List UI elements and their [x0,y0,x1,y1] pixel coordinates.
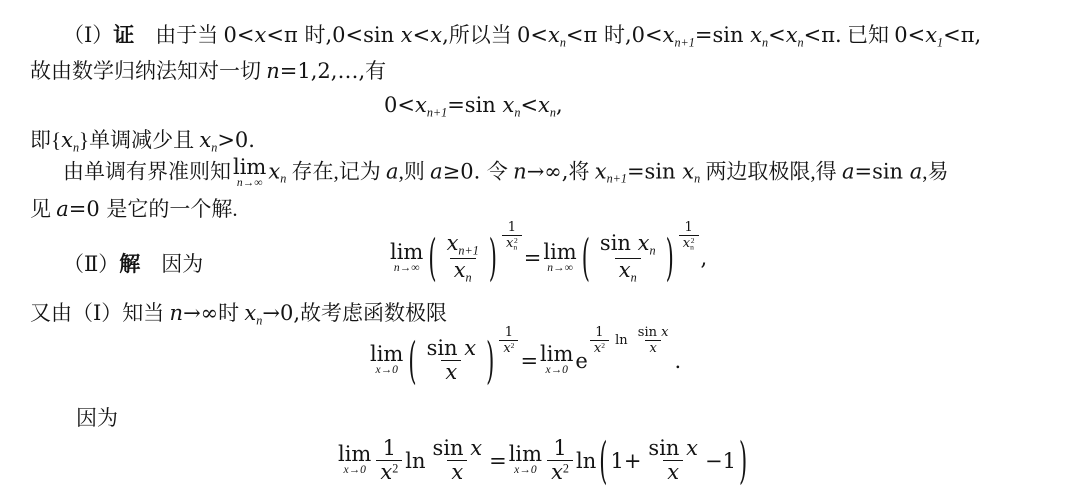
numerator: 1 [504,220,520,235]
math-variable: x [244,301,256,325]
math-roman: sin [427,336,465,360]
cn-text: }单调减少且 [79,128,199,152]
subscript: n+1 [427,105,447,119]
numerator: sin x [429,437,487,460]
math-variable: n [513,159,527,183]
superscript-digit: 2 [392,461,398,475]
math-roman: = [520,349,538,373]
math-variable: x [470,436,482,460]
math-variable: a [910,159,923,183]
denominator: xn [450,258,476,285]
lim-word: lim [543,243,576,263]
math-variable: x [268,159,280,183]
math-roman: =0 [69,197,107,221]
big-paren: ( [408,332,416,389]
cn-text: ,易 [922,159,948,183]
math-variable: x [649,341,656,356]
big-paren: ) [739,432,747,489]
math-variable: x [380,460,392,484]
fraction: sin xx [429,437,487,484]
cn-text: 故由数学归纳法知对一切 [30,59,266,83]
math-roman: < [413,23,431,47]
math-roman: 1+ [610,449,641,473]
math-variable: x [464,336,476,360]
lim-under: x→0 [514,465,536,476]
fraction: 1x2 [590,325,609,357]
cn-text: 时 [304,23,325,47]
limit-operator: limx→0 [338,445,371,476]
superscript-digit: 2 [511,341,515,350]
math-roman: sin [648,436,686,460]
lim-under: x→0 [546,365,568,376]
math-variable: x [454,258,466,282]
math-variable: x [445,360,457,384]
math-roman: =1,2,…, [280,59,365,83]
limit-operator: limn→∞ [233,158,266,189]
math-roman: ,0<sin [325,23,400,47]
superscript-digit: 2 [601,341,605,350]
display-formula-a: 0<xn+1=sin xn<xn, [384,92,563,121]
math-variable: x [925,23,937,47]
superscript-digit: 2 [691,236,695,245]
math-variable: x [638,231,650,255]
cn-text: （Ⅰ） [63,23,113,47]
text-line-proof-1: （Ⅰ）证 由于当 0<x<π 时,0<sin x<x,所以当 0<xn<π 时,… [63,22,981,51]
limit-operator: limx→0 [370,345,403,376]
lim-word: lim [390,243,423,263]
math-variable: x [686,436,698,460]
text-line-proof-2: 故由数学归纳法知对一切 n=1,2,…,有 [30,58,386,85]
numerator: sin xn [596,232,660,258]
math-variable: x [430,23,442,47]
math-variable: x [548,23,560,47]
cn-text: （Ⅱ） [63,252,119,276]
math-variable: a [842,159,855,183]
text-line-consider-limit: 又由（Ⅰ）知当 n→∞时 xn→0,故考虑函数极限 [30,300,447,329]
math-roman: 0< [224,23,255,47]
cn-text-bold: 证 [113,23,134,47]
math-variable: x [750,23,762,47]
math-variable: a [430,159,443,183]
math-roman: e [575,349,587,373]
numerator: sin x [644,437,702,460]
math-roman: 1 [508,220,516,235]
math-roman: <π, [943,23,981,47]
math-variable: x [682,159,694,183]
math-roman: ln [576,449,596,473]
cn-text: 由单调有界准则知 [63,159,231,183]
math-roman: 0< [384,93,415,117]
subscript: n [631,270,637,284]
fraction: 1x2 [547,437,573,484]
math-roman: . [675,349,682,373]
fraction: xn+1xn [443,232,483,284]
display-formula-b: limn→∞(xn+1xn)1xn2=limn→∞(sin xnxn)1xn2, [388,232,707,284]
numerator: 1 [681,220,697,235]
fraction: sin xx [644,437,702,484]
math-roman: <π [566,23,604,47]
math-variable: x [595,159,607,183]
numerator: 1 [591,325,607,340]
numerator: xn+1 [443,232,483,258]
limit-operator: limx→0 [540,345,573,376]
subscript: n [466,270,472,284]
fraction: 1x2 [376,437,402,484]
math-variable: x [663,23,675,47]
display-formula-c: limx→0(sin xx)1x2=limx→0e1x2 ln sin xx. [368,337,681,384]
cn-text: 见 [30,197,56,221]
superscript: 1x2 [497,325,520,357]
math-roman: = [524,246,542,270]
math-roman: −1 [705,449,736,473]
text-line-because: 因为 [76,405,118,432]
big-paren: ) [486,332,494,389]
math-variable: x [401,23,413,47]
cn-text: 因为 [76,406,118,430]
numerator: sin x [634,325,673,340]
math-roman: =sin [447,93,502,117]
denominator: x [441,360,461,384]
math-roman: sin [433,436,471,460]
text-line-limit-exists: 由单调有界准则知limn→∞xn 存在,记为 a,则 a≥0. 令 n→∞,将 … [63,158,949,189]
lim-word: lim [509,445,542,465]
math-variable: x [538,93,550,117]
denominator: x [447,460,467,484]
math-variable: x [786,23,798,47]
math-roman: ,0< [625,23,663,47]
math-roman: sin [638,325,661,340]
math-variable: x [255,23,267,47]
numerator: sin x [423,337,481,360]
subscript: n [649,243,655,257]
subscript: n+1 [607,172,627,186]
text-line-monotone: 即{xn}单调减少且 xn>0. [30,127,255,156]
denominator: xn [615,258,641,285]
lim-word: lim [370,345,403,365]
cn-text: 存在,记为 [286,159,386,183]
math-roman: = [489,449,507,473]
math-roman: 0< [517,23,548,47]
math-roman: ≥0. [443,159,487,183]
math-roman: <π [266,23,304,47]
cn-text: 将 [568,159,594,183]
math-variable: a [56,197,69,221]
math-roman: sin [600,231,638,255]
math-variable: a [386,159,399,183]
big-paren: ( [428,230,436,287]
limit-operator: limn→∞ [390,243,423,274]
math-variable: x [503,341,510,356]
text-line-solution-a0: 见 a=0 是它的一个解. [30,196,238,223]
cn-text: 是它的一个解. [106,197,237,221]
subscript: n+1 [674,35,694,49]
math-roman: , [556,93,563,117]
math-variable: x [503,93,515,117]
math-variable: x [451,460,463,484]
denominator: xn2 [679,235,699,252]
superscript-digit: 2 [563,461,569,475]
math-roman: < [520,93,538,117]
document-page: （Ⅰ）证 由于当 0<x<π 时,0<sin x<x,所以当 0<xn<π 时,… [0,0,1080,504]
math-roman: <π. [804,23,842,47]
limit-operator: limn→∞ [543,243,576,274]
denominator: xn2 [502,235,522,252]
fraction: 1xn2 [502,220,522,252]
cn-text-bold: 解 [119,252,140,276]
lim-under: n→∞ [547,263,573,274]
display-formula-d: limx→01x2ln sin xx=limx→01x2ln(1+sin xx−… [336,437,750,484]
math-roman: →0, [262,301,300,325]
math-variable: x [415,93,427,117]
lim-under: x→0 [375,365,397,376]
fraction: sin xx [634,325,673,357]
math-roman: 1 [685,220,693,235]
cn-text: 时 [218,301,244,325]
big-paren: ( [582,230,590,287]
text-line-part2-label: （Ⅱ）解 因为 [63,251,203,278]
denominator: x2 [499,340,518,356]
math-variable: x [199,128,211,152]
math-roman: 0< [894,23,925,47]
big-paren: ( [599,432,607,489]
cn-text: 令 [487,159,513,183]
lim-word: lim [233,158,266,178]
lim-word: lim [338,445,371,465]
denominator: x [645,340,660,356]
lim-under: n→∞ [237,178,263,189]
math-variable: n [266,59,280,83]
math-roman: ln [611,333,632,348]
fraction: sin xx [423,337,481,384]
lim-word: lim [540,345,573,365]
math-roman: , [442,23,449,47]
math-roman: >0. [217,128,255,152]
numerator: 1 [379,437,400,460]
math-roman: 1 [383,436,396,460]
denominator: x [663,460,683,484]
cn-text: 所以当 [449,23,517,47]
big-paren: ) [666,230,674,287]
subscript: n+1 [458,243,478,257]
math-variable: x [551,460,563,484]
denominator: x2 [547,460,573,484]
fraction: sin xnxn [596,232,660,284]
cn-text: ,则 [399,159,431,183]
lim-under: n→∞ [394,263,420,274]
math-roman: =sin [854,159,909,183]
math-variable: x [619,258,631,282]
math-variable: x [661,325,668,340]
math-variable: n [170,301,184,325]
superscript: 1x2 ln sin xx [588,325,675,357]
cn-text: 两边取极限,得 [700,159,842,183]
cn-text: 有 [365,59,386,83]
cn-text: 因为 [140,252,203,276]
math-roman: =sin [695,23,750,47]
superscript-digit: 2 [514,236,518,245]
math-roman: →∞ [183,301,218,325]
fraction: 1x2 [499,325,518,357]
fraction: 1xn2 [679,220,699,252]
denominator: x2 [590,340,609,356]
cn-text: 时 [604,23,625,47]
superscript: 1xn2 [500,220,524,252]
numerator: 1 [549,437,570,460]
limit-operator: limx→0 [509,445,542,476]
math-roman: < [768,23,786,47]
cn-text: 已知 [842,23,895,47]
math-roman: 1 [505,325,513,340]
cn-text: 又由（Ⅰ）知当 [30,301,170,325]
math-roman: , [701,246,708,270]
math-variable: x [61,128,73,152]
lim-under: x→0 [343,465,365,476]
math-variable: x [447,231,459,255]
superscript: 1xn2 [677,220,701,252]
math-roman: 1 [595,325,603,340]
math-roman: →∞, [527,159,569,183]
math-roman: ln [405,449,425,473]
math-variable: x [667,460,679,484]
math-variable: x [683,236,690,251]
cn-text: 故考虑函数极限 [300,301,447,325]
cn-text: 即{ [30,128,61,152]
big-paren: ) [489,230,497,287]
cn-text: 由于当 [134,23,223,47]
math-roman: =sin [627,159,682,183]
numerator: 1 [501,325,517,340]
denominator: x2 [376,460,402,484]
math-roman: 1 [553,436,566,460]
